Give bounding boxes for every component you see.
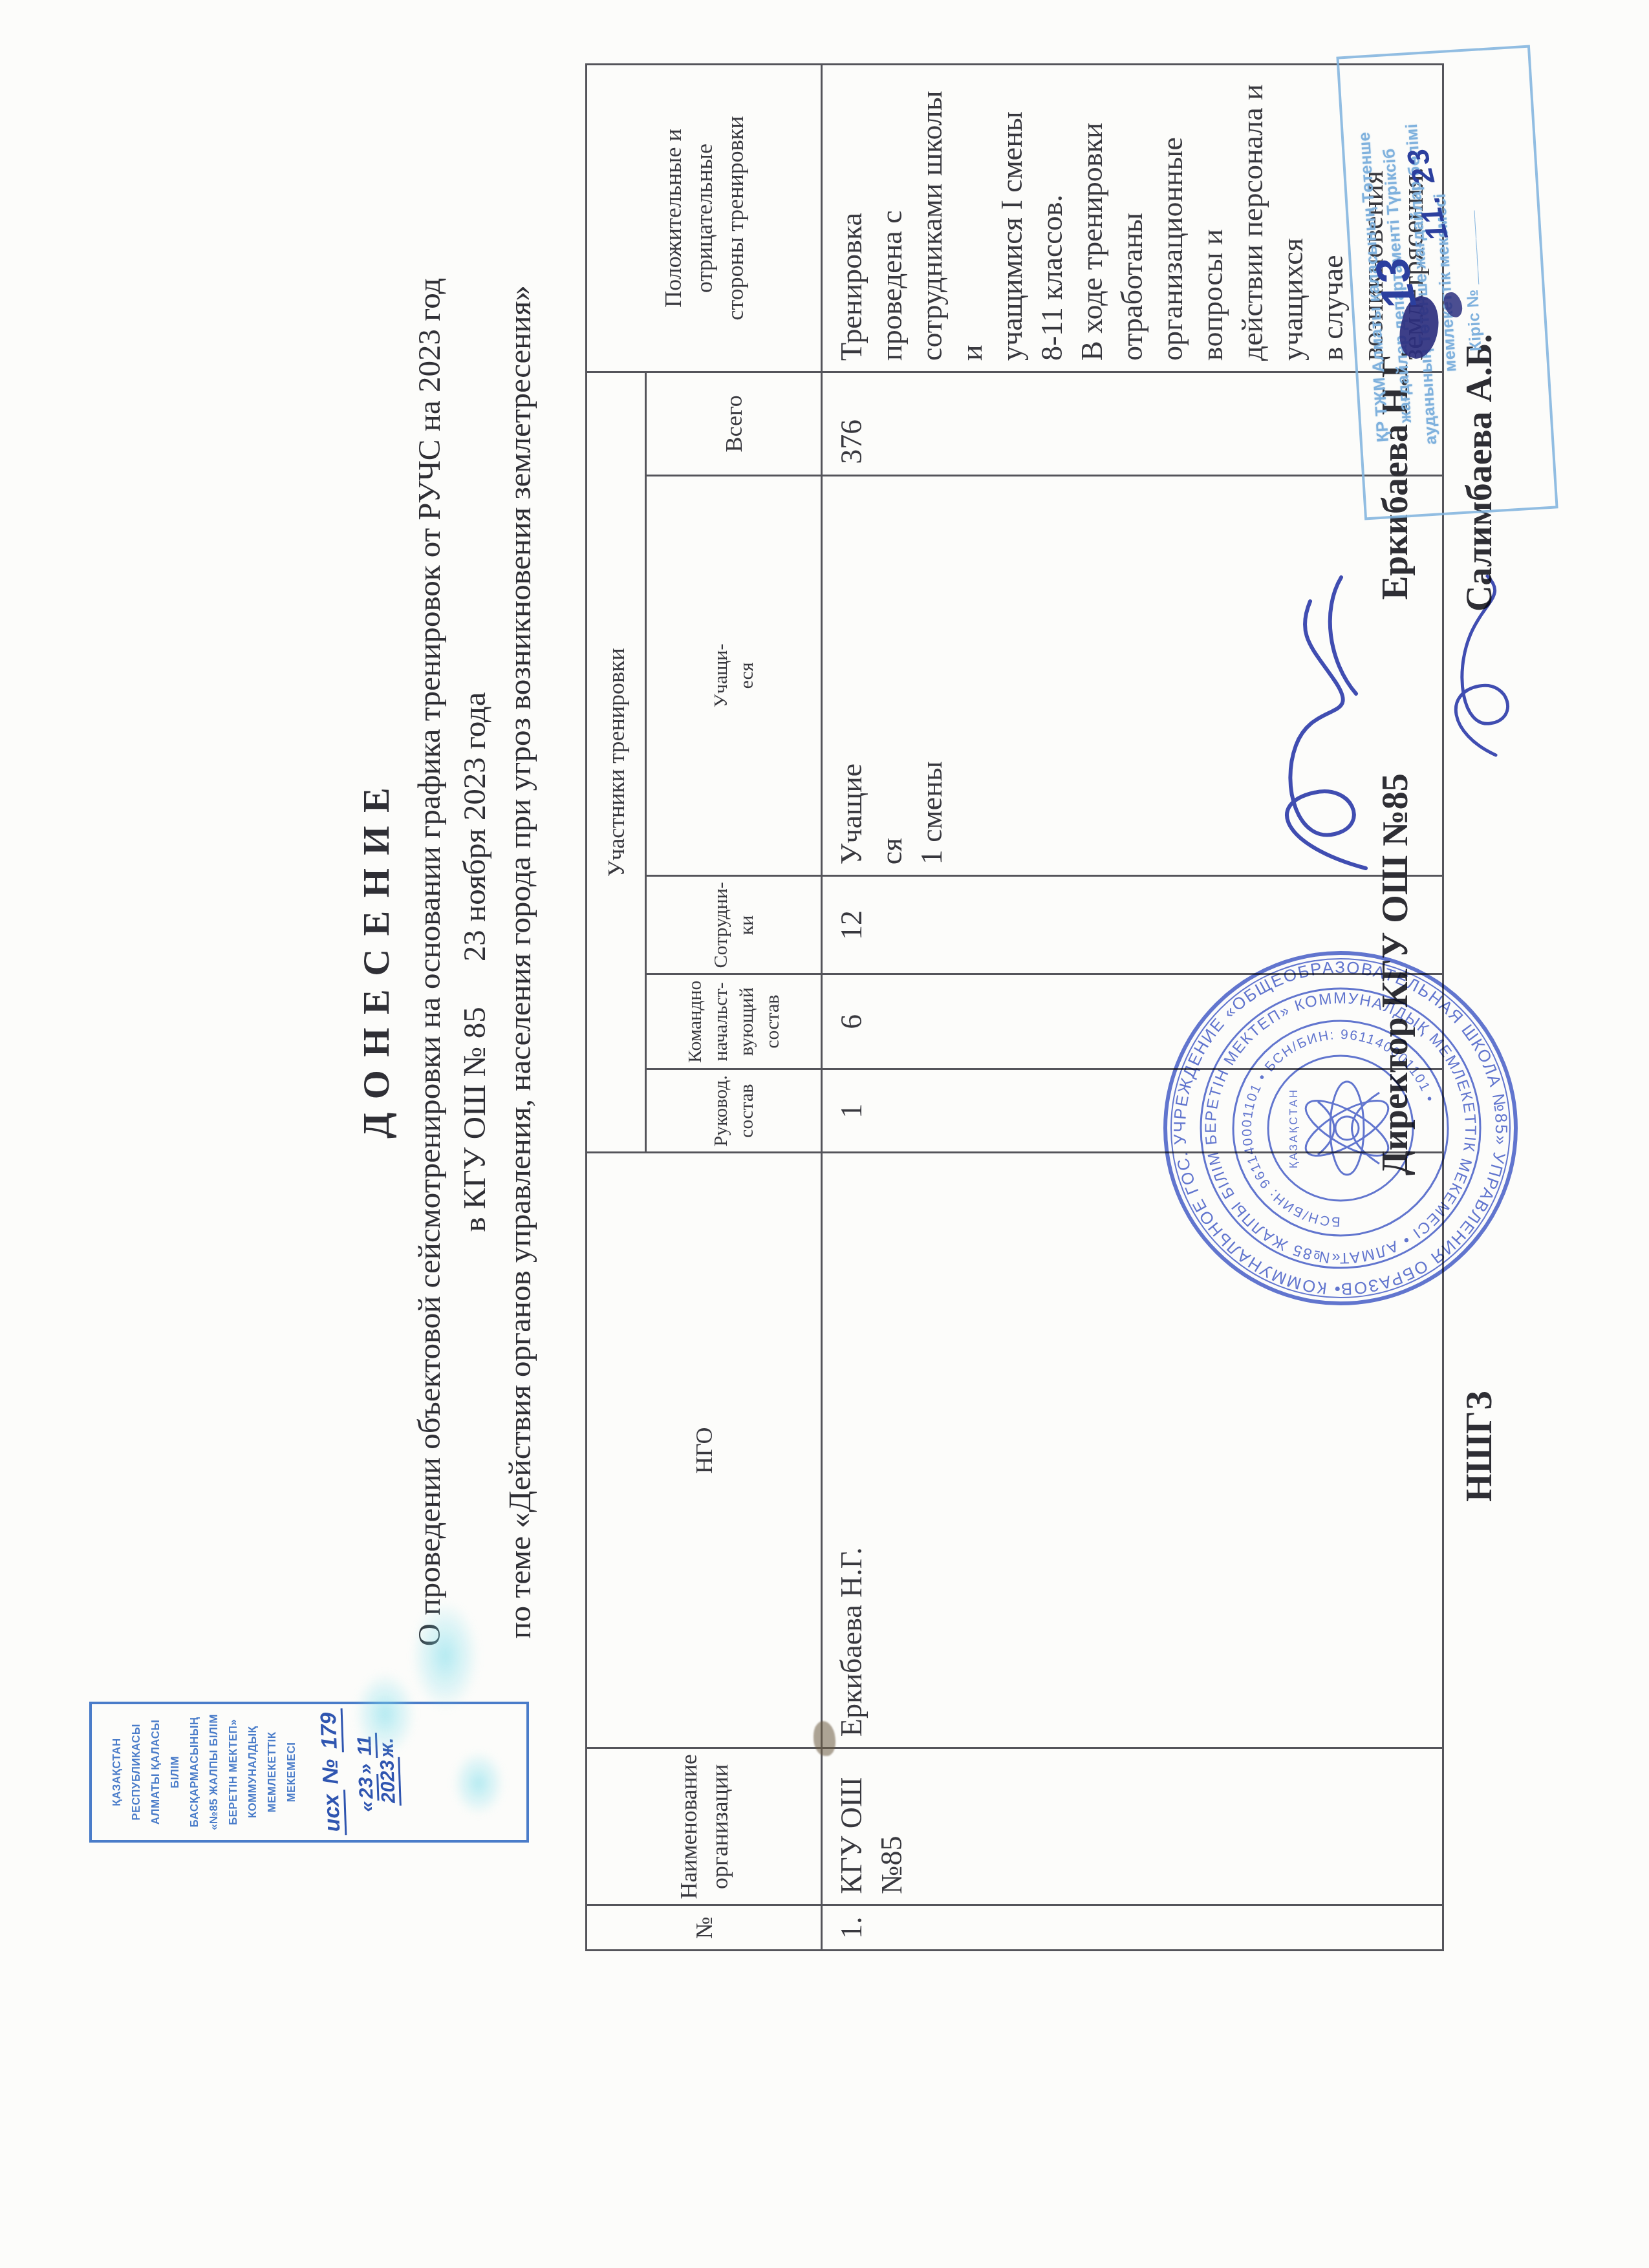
subheader-line: состав [760,980,786,1062]
director-signature-scribble [1256,561,1411,884]
results-line: организационные вопросы и [1152,76,1233,361]
subheader-line: начальст- [708,980,734,1062]
col-header-ngo: НГО [587,1153,822,1748]
nshgz-signature-scribble [1434,571,1525,765]
cell-num: 1. [822,1905,1443,1951]
col-header-results: Положительные и отрицательные стороны тр… [587,65,822,372]
col-header-participants: Участники тренировки [587,372,646,1153]
official-seal: • КОММУНАЛЬНОЕ ГОС. УЧРЕЖДЕНИЕ «ОБЩЕОБРА… [1156,944,1525,1312]
students-line: 1 смены [912,487,952,865]
subheader-line: Сотрудни- [708,882,734,968]
landscape-sheet: ҚАЗАҚСТАН РЕСПУБЛИКАСЫ АЛМАТЫ ҚАЛАСЫ БІЛ… [0,0,1649,2268]
stamp-line: БІЛІМ БАСҚАРМАСЫНЫҢ [166,1704,204,1840]
students-line: ся [872,487,912,865]
stamp-line: АЛМАТЫ ҚАЛАСЫ [146,1704,166,1840]
title-theme-line: по теме «Действия органов управления, на… [497,0,543,1932]
cyan-smudge [453,1751,504,1815]
results-header-line: отрицательные [689,70,720,366]
subheader-line: ки [734,882,760,968]
results-line: В ходе тренировки отработаны [1072,76,1152,361]
results-line: учащимися I смены [992,76,1032,361]
hw-number-sign: № [318,1759,343,1784]
title-date: 23 ноября 2023 года [457,692,492,961]
stamp-line: «№85 ЖАЛПЫ БІЛІМ [204,1704,224,1840]
hw-number-value: 179 [316,1708,344,1753]
subcol-header-total: Всего [646,372,822,475]
subcol-header-staff: Сотрудни- ки [646,876,822,974]
signature-title-nshgz: НШГЗ [1459,1391,1500,1502]
subheader-line: Учащи- [708,482,734,870]
results-line: Тренировка проведена с [832,76,912,361]
hw-prefix: исх [319,1790,347,1836]
seal-center-label: ҚАЗАҚСТАН [1288,1088,1300,1169]
results-header-line: Положительные и [658,70,689,366]
stamp-line: МЕМЛЕКЕТТІК МЕКЕМЕСІ [263,1704,301,1840]
cyan-smudge [411,1601,479,1711]
stamp-line: ҚАЗАҚСТАН РЕСПУБЛИКАСЫ [107,1704,146,1840]
document-title: Д О Н Е С Е Н И Е [354,0,398,1932]
cell-org: КГУ ОШ №85 [822,1748,1443,1905]
title-place: в КГУ ОШ № 85 [457,1007,492,1232]
col-header-num: № [587,1905,822,1951]
subheader-line: еся [734,482,760,870]
subheader-line: Командно [682,980,708,1062]
results-line: действии персонала и учащихся [1233,76,1313,361]
subheader-line: Руковод. [708,1075,734,1147]
students-line: Учащие [832,487,872,865]
stamp-line: БЕРЕТІН МЕКТЕП» [224,1704,243,1840]
cell-total: 376 [822,372,1443,475]
results-line: 8-11 классов. [1032,76,1072,361]
subheader-line: вующий [734,980,760,1062]
handwritten-incoming-day: 13 [1365,253,1427,314]
subcol-header-leader: Руковод. состав [646,1069,822,1153]
handwritten-outgoing-number: исх № 179 [316,1704,345,1840]
scanned-document-page: ҚАЗАҚСТАН РЕСПУБЛИКАСЫ АЛМАТЫ ҚАЛАСЫ БІЛ… [0,0,1649,2268]
subheader-line: состав [734,1075,760,1147]
stamp-line: КОММУНАЛДЫҚ [243,1704,263,1840]
col-header-org: Наименование организации [587,1748,822,1905]
seal-inner-ring-textpath: БСН/БИН: 961140001101 • БСН/БИН: 9611400… [1240,1027,1438,1229]
cyan-smudge [354,1672,416,1756]
emblem-graphic [1299,1082,1396,1175]
subcol-header-students: Учащи- еся [646,475,822,876]
results-header-line: стороны тренировки [720,70,751,366]
results-line: сотрудниками школы и [912,76,992,361]
subcol-header-command: Командно начальст- вующий состав [646,974,822,1069]
incoming-registration-stamp: ҚР ТЖМ Алматы қаласының Төтенше жағдайла… [1336,45,1558,520]
seal-inner-ring-text: БСН/БИН: 961140001101 • БСН/БИН: 9611400… [1240,1027,1438,1229]
